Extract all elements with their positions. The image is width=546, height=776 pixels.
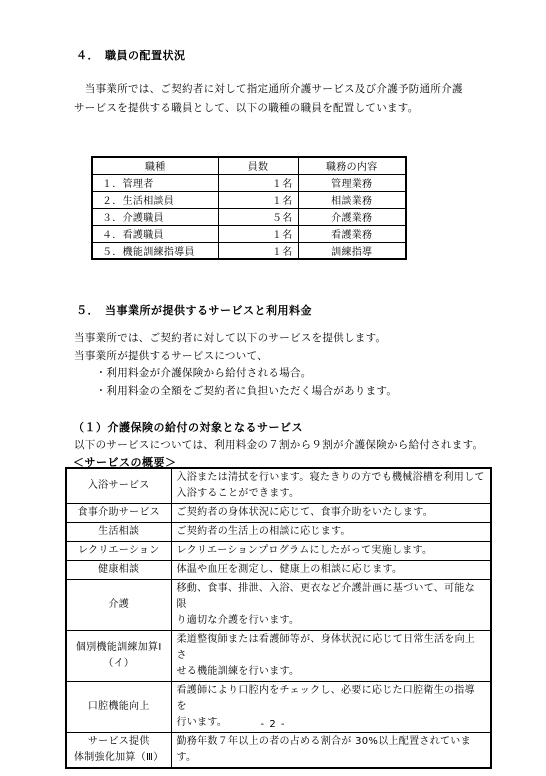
table-row: 入浴サービス 入浴または清拭を行います。寝たきりの方でも機械浴槽を利用して 入浴…	[66, 468, 491, 504]
service-desc-cell: 柔道整復師または看護師等が、身体状況に応じて日常生活を向上さ せる機能訓練を行い…	[171, 631, 491, 682]
staff-duty-cell: 介護業務	[298, 208, 406, 225]
section4-paragraph: 当事業所では、ご契約者に対して指定通所介護サービス及び介護予防通所介護 サービス…	[74, 80, 463, 118]
table-row: １．管理者 １名 管理業務	[92, 174, 406, 191]
table-row: 介護 移動、食事、排泄、入浴、更衣など介護計画に基づいて、可能な限 り適切な介護…	[66, 580, 491, 631]
service-desc-cell: 移動、食事、排泄、入浴、更衣など介護計画に基づいて、可能な限 り適切な介護を行い…	[171, 580, 491, 631]
document-page: ４． 職員の配置状況 当事業所では、ご契約者に対して指定通所介護サービス及び介護…	[0, 0, 546, 776]
section5-heading: ５． 当事業所が提供するサービスと利用料金	[76, 302, 312, 318]
staff-duty-cell: 看護業務	[298, 225, 406, 242]
section4-heading: ４． 職員の配置状況	[76, 47, 186, 63]
staff-allocation-table: 職種 員数 職務の内容 １．管理者 １名 管理業務 ２．生活相談員 １名 相談業…	[91, 156, 407, 260]
staff-duty-cell: 訓練指導	[298, 242, 406, 259]
subsection1-body: 以下のサービスについては、利用料金の７割から９割が介護保険から給付されます。	[74, 437, 483, 452]
staff-duty-cell: 相談業務	[298, 191, 406, 208]
service-name-cell: 入浴サービス	[66, 468, 171, 504]
table-row: サービス提供 体制強化加算（Ⅲ） 勤務年数７年以上の者の占める割合が 30%以上…	[66, 733, 491, 769]
service-desc-cell: ご契約者の身体状況に応じて、食事介助をいたします。	[171, 504, 491, 523]
table-header-row: 職種 員数 職務の内容	[92, 157, 406, 174]
table-row: ３．介護職員 ５名 介護業務	[92, 208, 406, 225]
table-row: レクリエーション レクリエーションプログラムにしたがって実施します。	[66, 542, 491, 561]
staff-role-cell: ５．機能訓練指導員	[92, 242, 218, 259]
table-row: 生活相談 ご契約者の生活上の相談に応じます。	[66, 523, 491, 542]
service-desc-cell: ご契約者の生活上の相談に応じます。	[171, 523, 491, 542]
subsection1-heading: （１）介護保険の給付の対象となるサービス	[73, 419, 303, 435]
service-name-cell: 介護	[66, 580, 171, 631]
staff-count-cell: ５名	[218, 208, 298, 225]
service-name-cell: 個別機能訓練加算Ⅰ （イ）	[66, 631, 171, 682]
service-name-cell: サービス提供 体制強化加算（Ⅲ）	[66, 733, 171, 769]
table-row: ４．看護職員 １名 看護業務	[92, 225, 406, 242]
staff-role-cell: １．管理者	[92, 174, 218, 191]
staff-role-cell: ２．生活相談員	[92, 191, 218, 208]
service-name-cell: 生活相談	[66, 523, 171, 542]
staff-count-cell: １名	[218, 225, 298, 242]
header-duty: 職務の内容	[298, 157, 406, 174]
staff-count-cell: １名	[218, 242, 298, 259]
service-desc-cell: レクリエーションプログラムにしたがって実施します。	[171, 542, 491, 561]
table-row: ５．機能訓練指導員 １名 訓練指導	[92, 242, 406, 259]
service-desc-cell: 入浴または清拭を行います。寝たきりの方でも機械浴槽を利用して 入浴することができ…	[171, 468, 491, 504]
table-row: ２．生活相談員 １名 相談業務	[92, 191, 406, 208]
service-desc-cell: 勤務年数７年以上の者の占める割合が 30%以上配置されています。	[171, 733, 491, 769]
service-desc-cell: 体温や血圧を測定し、健康上の相談に応じます。	[171, 561, 491, 580]
service-name-cell: 健康相談	[66, 561, 171, 580]
header-count: 員数	[218, 157, 298, 174]
staff-count-cell: １名	[218, 191, 298, 208]
service-name-cell: 食事介助サービス	[66, 504, 171, 523]
table-row: 個別機能訓練加算Ⅰ （イ） 柔道整復師または看護師等が、身体状況に応じて日常生活…	[66, 631, 491, 682]
table-row: 食事介助サービス ご契約者の身体状況に応じて、食事介助をいたします。	[66, 504, 491, 523]
header-role: 職種	[92, 157, 218, 174]
service-name-cell: レクリエーション	[66, 542, 171, 561]
staff-role-cell: ３．介護職員	[92, 208, 218, 225]
staff-role-cell: ４．看護職員	[92, 225, 218, 242]
page-number: - 2 -	[0, 719, 546, 730]
table-row: 健康相談 体温や血圧を測定し、健康上の相談に応じます。	[66, 561, 491, 580]
section5-paragraph: 当事業所では、ご契約者に対して以下のサービスを提供します。 当事業所が提供するサ…	[74, 330, 397, 400]
staff-duty-cell: 管理業務	[298, 174, 406, 191]
staff-count-cell: １名	[218, 174, 298, 191]
